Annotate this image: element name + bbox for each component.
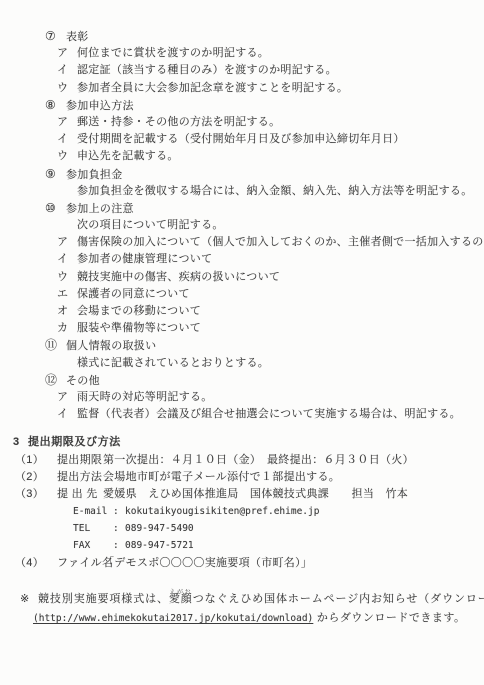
contact-value: 089-947-5490 <box>125 523 194 534</box>
item-sub-line: イ受付期間を記載する（受付開始年月日及び参加申込締切年月日） <box>0 131 484 148</box>
item-heading-line: ⑪個人情報の取扱い <box>0 337 484 354</box>
reference-mark: ※ <box>20 590 38 609</box>
submission-row: （2）提出方法会場地市町が電子メール添付で１部提出する。 <box>0 469 484 486</box>
sub-text: 参加者全員に大会参加記念章を渡すことを明記する。 <box>77 82 348 94</box>
item-circled-number: ⑨ <box>45 166 66 183</box>
submission-row: （3）提 出 先愛媛県 えひめ国体推進局 国体競技式典課 担当 竹本 <box>0 486 484 503</box>
footnote-url-suffix: からダウンロードできます。 <box>313 612 465 624</box>
item-circled-number: ⑫ <box>45 372 66 389</box>
sub-marker: ウ <box>57 148 77 165</box>
sub-marker: カ <box>57 320 77 337</box>
sub-text: 雨天時の対応等明記する。 <box>77 391 213 403</box>
item-sub-line: イ参加者の健康管理について <box>0 251 484 268</box>
contact-line: TEL:089-947-5490 <box>0 520 484 537</box>
item-sub-line: ウ申込先を記載する。 <box>0 148 484 165</box>
contact-label: TEL <box>73 520 113 537</box>
sub-marker: ウ <box>57 80 77 97</box>
section-title: 提出期限及び方法 <box>28 436 121 448</box>
row-label: 提出期限 <box>57 452 103 469</box>
sub-text: 認定証（該当する種目のみ）を渡すのか明記する。 <box>77 64 337 76</box>
sub-text: 会場までの移動について <box>77 305 201 317</box>
item-title: 参加負担金 <box>66 169 123 181</box>
sub-text: 受付期間を記載する（受付開始年月日及び参加申込締切年月日） <box>77 133 405 145</box>
contact-label: E-mail <box>73 503 113 520</box>
contact-value: 089-947-5721 <box>125 540 194 551</box>
sub-text: 郵送・持参・その他の方法を明記する。 <box>77 116 280 128</box>
item-heading-line: ⑩参加上の注意 <box>0 200 484 217</box>
item-title: 個人情報の取扱い <box>66 340 156 352</box>
submission-section: 3提出期限及び方法 （1）提出期限第一次提出：４月１０日（金） 最終提出：６月３… <box>0 434 484 572</box>
item-circled-number: ⑦ <box>45 28 66 45</box>
item-sub-line: ア雨天時の対応等明記する。 <box>0 389 484 406</box>
footnote-line-2: (http://www.ehimekokutai2017.jp/kokutai/… <box>0 609 484 628</box>
item-body-line: 参加負担金を徴収する場合には、納入金額、納入先、納入方法等を明記する。 <box>0 183 484 200</box>
row-value: 「デモスポ〇〇〇〇実施要項（市町名）」 <box>103 557 312 569</box>
ruby-furigana: えがお <box>170 584 193 603</box>
sub-text: 服装や準備物等について <box>77 322 201 334</box>
item-sub-line: イ監督（代表者）会議及び組合せ抽選会について実施する場合は、明記する。 <box>0 406 484 423</box>
sub-marker: ア <box>57 234 77 251</box>
row-number: （2） <box>15 469 57 486</box>
sub-marker: イ <box>57 406 77 423</box>
item-sub-line: ウ競技実施中の傷害、疾病の扱いについて <box>0 269 484 286</box>
contact-separator: : <box>113 503 125 520</box>
sub-marker: ウ <box>57 269 77 286</box>
item-title: 表彰 <box>66 31 89 43</box>
sub-marker: イ <box>57 131 77 148</box>
footnote: ※競技別実施要項様式は、愛顔えがおつなぐえひめ国体ホームページ内お知らせ（ダウン… <box>0 590 484 628</box>
sub-text: 傷害保険の加入について（個人で加入しておくのか、主催者側で一括加入するのか） <box>77 236 484 248</box>
footnote-text-before: 競技別実施要項様式は、 <box>38 593 169 605</box>
sub-text: 参加者の健康管理について <box>77 253 212 265</box>
section-number: 3 <box>13 434 28 451</box>
submission-row: （1）提出期限第一次提出：４月１０日（金） 最終提出：６月３０日（火） <box>0 452 484 469</box>
item-sub-line: イ認定証（該当する種目のみ）を渡すのか明記する。 <box>0 62 484 79</box>
sub-marker: ア <box>57 389 77 406</box>
row-value: 愛媛県 えひめ国体推進局 国体競技式典課 担当 竹本 <box>103 488 408 500</box>
item-heading-line: ⑫その他 <box>0 372 484 389</box>
sub-text: 申込先を記載する。 <box>77 150 179 162</box>
contact-separator: : <box>113 520 125 537</box>
sub-text: 競技実施中の傷害、疾病の扱いについて <box>77 271 280 283</box>
item-circled-number: ⑪ <box>45 337 66 354</box>
item-sub-line: ア何位までに賞状を渡すのか明記する。 <box>0 45 484 62</box>
item-heading-line: ⑧参加申込方法 <box>0 97 484 114</box>
item-circled-number: ⑩ <box>45 200 66 217</box>
item-title: 参加申込方法 <box>66 100 134 112</box>
footnote-text-after: つなぐえひめ国体ホームページ内お知らせ（ダウンロード欄） <box>193 593 484 605</box>
sub-text: 監督（代表者）会議及び組合せ抽選会について実施する場合は、明記する。 <box>77 408 461 420</box>
scanned-document-page: ⑦表彰ア何位までに賞状を渡すのか明記する。イ認定証（該当する種目のみ）を渡すのか… <box>0 0 484 685</box>
item-heading-line: ⑨参加負担金 <box>0 166 484 183</box>
item-sub-line: ウ参加者全員に大会参加記念章を渡すことを明記する。 <box>0 80 484 97</box>
row-label: ファイル名 <box>57 555 103 572</box>
item-circled-number: ⑧ <box>45 97 66 114</box>
sub-marker: ア <box>57 45 77 62</box>
item-title: 参加上の注意 <box>66 203 134 215</box>
section-heading: 3提出期限及び方法 <box>0 434 484 451</box>
item-body-line: 様式に記載されているとおりとする。 <box>0 355 484 372</box>
item-body-line: 次の項目について明記する。 <box>0 217 484 234</box>
item-sub-line: オ会場までの移動について <box>0 303 484 320</box>
contact-separator: : <box>113 537 125 554</box>
item-sub-line: カ服装や準備物等について <box>0 320 484 337</box>
sub-marker: イ <box>57 251 77 268</box>
row-label: 提出方法 <box>57 469 103 486</box>
row-value: 会場地市町が電子メール添付で１部提出する。 <box>103 471 340 483</box>
contact-label: FAX <box>73 537 113 554</box>
submission-row: （4）ファイル名「デモスポ〇〇〇〇実施要項（市町名）」 <box>0 555 484 572</box>
sub-marker: イ <box>57 62 77 79</box>
contact-line: FAX:089-947-5721 <box>0 537 484 554</box>
item-sub-line: ア郵送・持参・その他の方法を明記する。 <box>0 114 484 131</box>
submission-rows: （1）提出期限第一次提出：４月１０日（金） 最終提出：６月３０日（火）（2）提出… <box>0 452 484 572</box>
sub-marker: エ <box>57 286 77 303</box>
numbered-items-section: ⑦表彰ア何位までに賞状を渡すのか明記する。イ認定証（該当する種目のみ）を渡すのか… <box>0 0 484 423</box>
item-sub-line: エ保護者の同意について <box>0 286 484 303</box>
item-sub-line: ア傷害保険の加入について（個人で加入しておくのか、主催者側で一括加入するのか） <box>0 234 484 251</box>
sub-text: 保護者の同意について <box>77 288 190 300</box>
row-value: 第一次提出：４月１０日（金） 最終提出：６月３０日（火） <box>103 454 414 466</box>
contact-line: E-mail:kokutaikyougisikiten@pref.ehime.j… <box>0 503 484 520</box>
row-label: 提 出 先 <box>57 486 103 503</box>
sub-text: 何位までに賞状を渡すのか明記する。 <box>77 47 269 59</box>
row-number: （3） <box>15 486 57 503</box>
row-number: （1） <box>15 452 57 469</box>
contact-value: kokutaikyougisikiten@pref.ehime.jp <box>125 506 319 517</box>
item-title: その他 <box>66 375 100 387</box>
egao-ruby: 愛顔えがお <box>169 590 193 609</box>
item-heading-line: ⑦表彰 <box>0 28 484 45</box>
sub-marker: オ <box>57 303 77 320</box>
row-number: （4） <box>15 555 57 572</box>
sub-marker: ア <box>57 114 77 131</box>
download-url: (http://www.ehimekokutai2017.jp/kokutai/… <box>33 613 313 624</box>
footnote-line-1: ※競技別実施要項様式は、愛顔えがおつなぐえひめ国体ホームページ内お知らせ（ダウン… <box>0 590 484 609</box>
